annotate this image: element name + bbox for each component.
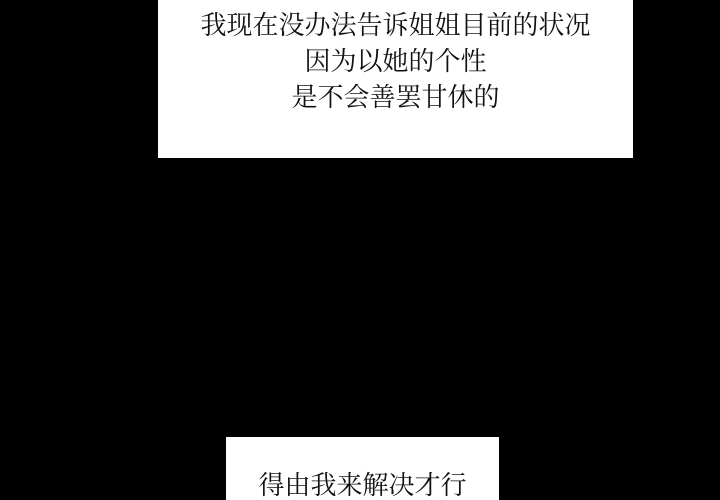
speech-box-bottom: 得由我来解决才行 [226, 437, 499, 500]
caption-line: 我现在没办法告诉姐姐目前的状况 [158, 8, 633, 44]
caption-line: 得由我来解决才行 [226, 468, 499, 500]
caption-line: 是不会善罢甘休的 [158, 80, 633, 116]
caption-line: 因为以她的个性 [158, 44, 633, 80]
speech-box-top: 我现在没办法告诉姐姐目前的状况 因为以她的个性 是不会善罢甘休的 [158, 0, 633, 158]
